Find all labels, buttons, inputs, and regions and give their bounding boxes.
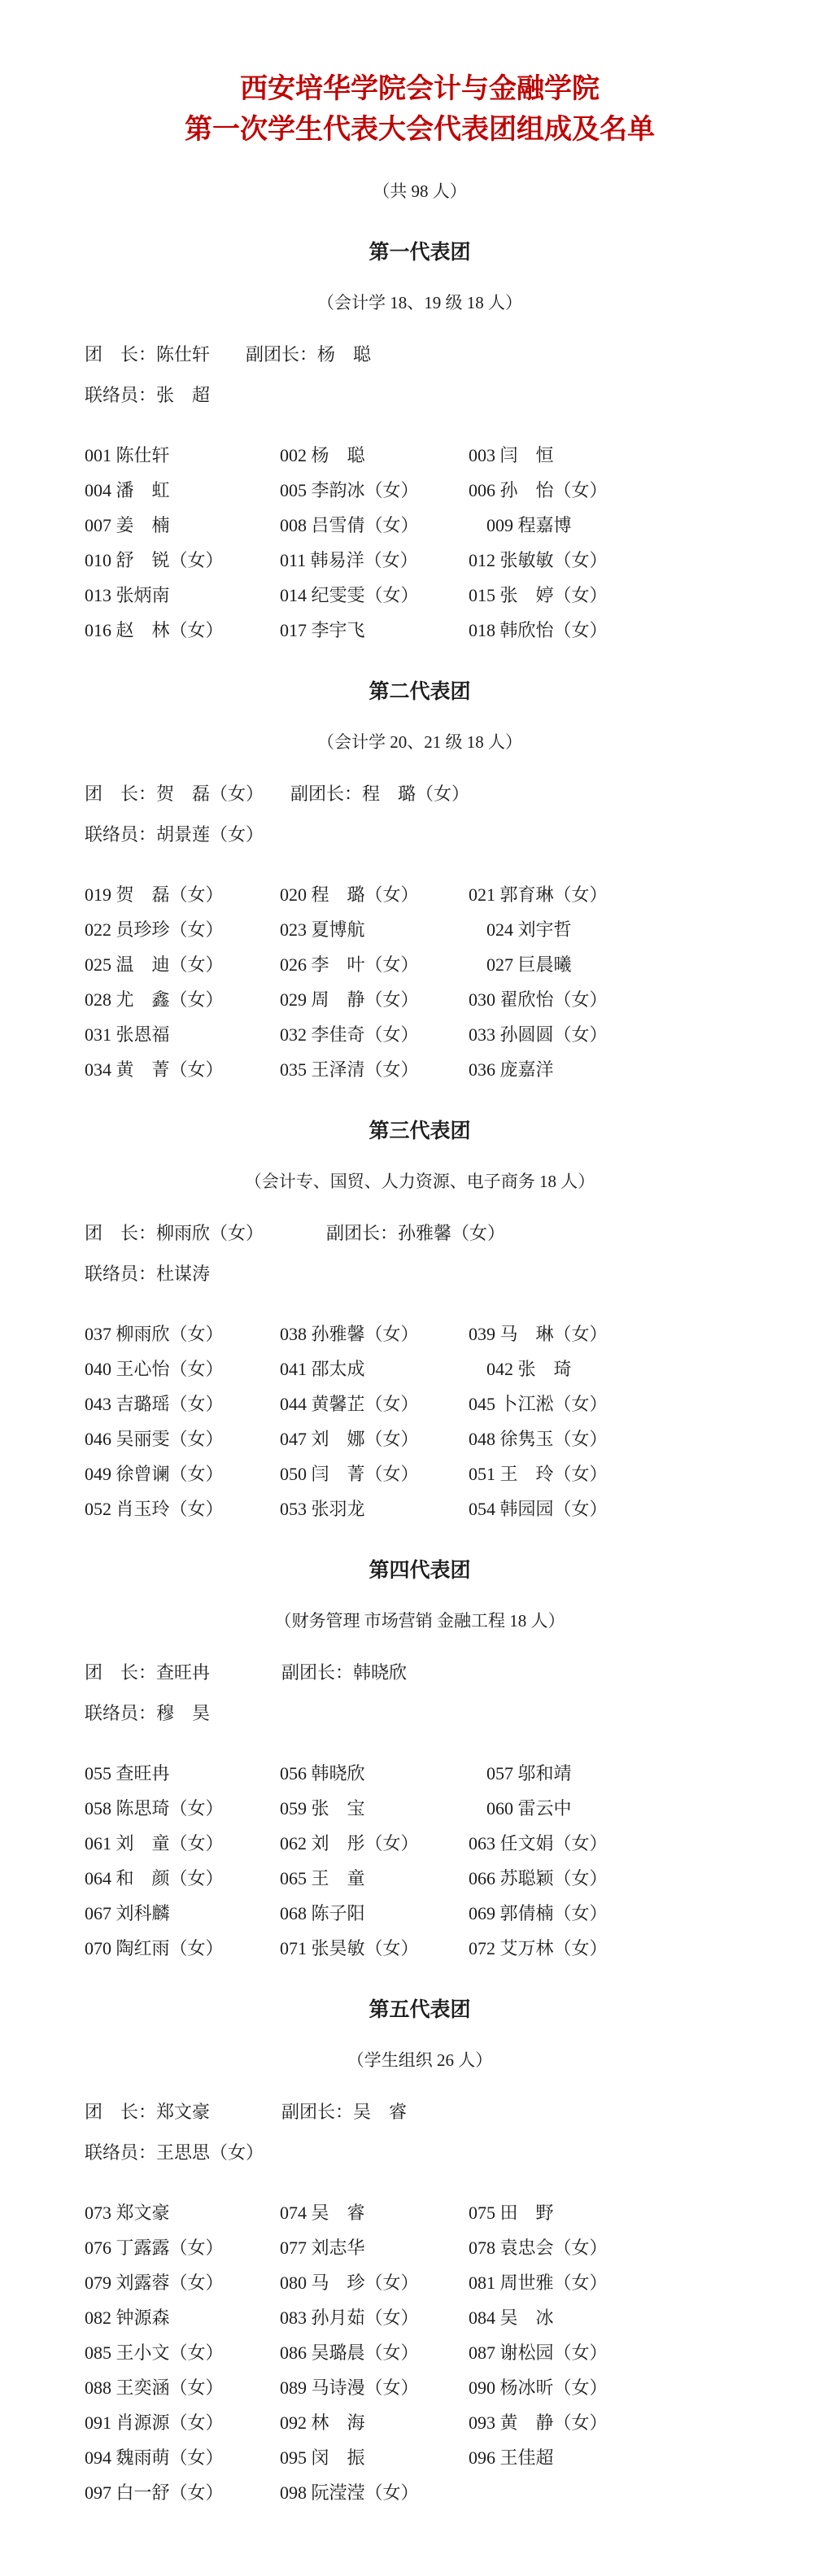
member-entry: 016 赵 林（女）: [85, 618, 280, 643]
document-title-line1: 西安培华学院会计与金融学院: [240, 73, 600, 104]
delegation-composition: （会计学 20、21 级 18 人）: [85, 730, 755, 754]
member-entry: 045 卜江淞（女）: [469, 1392, 755, 1417]
delegation-title: 第二代表团: [85, 679, 755, 705]
member-entry: 030 翟欣怡（女）: [469, 988, 755, 1012]
member-entry: 096 王佳超: [469, 2446, 755, 2470]
delegations: 第一代表团 （会计学 18、19 级 18 人） 团 长：陈仕轩 副团长：杨 聪…: [85, 239, 755, 2505]
member-entry: 095 闵 振: [280, 2446, 469, 2470]
member-grid: 073 郑文豪074 吴 睿075 田 野076 丁露露（女）077 刘志华07…: [85, 2201, 755, 2505]
member-entry: 060 雷云中: [469, 1797, 755, 1821]
delegation-title: 第五代表团: [85, 1997, 755, 2024]
member-entry: 025 温 迪（女）: [85, 953, 280, 977]
member-entry: 055 查旺冉: [85, 1762, 280, 1786]
total-count: （共 98 人）: [85, 179, 755, 203]
member-entry: 002 杨 聪: [280, 443, 469, 468]
member-entry: 037 柳雨欣（女）: [85, 1322, 280, 1347]
document-title: 西安培华学院会计与金融学院第一次学生代表大会代表团组成及名单: [85, 68, 755, 150]
member-entry: 046 吴丽雯（女）: [85, 1427, 280, 1452]
member-entry: 017 李宇飞: [280, 618, 469, 643]
member-entry: 038 孙雅馨（女）: [280, 1322, 469, 1347]
delegation-section: 第二代表团 （会计学 20、21 级 18 人） 团 长：贺 磊（女） 副团长：…: [85, 679, 755, 1082]
member-entry: 098 阮滢滢（女）: [280, 2481, 469, 2505]
delegation-section: 第三代表团 （会计专、国贸、人力资源、电子商务 18 人） 团 长：柳雨欣（女）…: [85, 1118, 755, 1522]
delegation-leader-line: 团 长：陈仕轩 副团长：杨 聪: [85, 343, 755, 367]
member-entry: 019 贺 磊（女）: [85, 883, 280, 907]
member-entry: 077 刘志华: [280, 2236, 469, 2260]
member-entry: 081 周世雅（女）: [469, 2271, 755, 2295]
member-entry: 027 巨晨曦: [469, 953, 755, 977]
member-entry: 068 陈子阳: [280, 1901, 469, 1926]
member-entry: 094 魏雨萌（女）: [85, 2446, 280, 2470]
delegation-title: 第三代表团: [85, 1118, 755, 1145]
member-entry: 089 马诗漫（女）: [280, 2376, 469, 2400]
member-entry: 076 丁露露（女）: [85, 2236, 280, 2260]
member-entry: 005 李韵冰（女）: [280, 478, 469, 503]
delegation-section: 第四代表团 （财务管理 市场营销 金融工程 18 人） 团 长：查旺冉 副团长：…: [85, 1557, 755, 1961]
member-entry: 061 刘 童（女）: [85, 1832, 280, 1856]
member-entry: 058 陈思琦（女）: [85, 1797, 280, 1821]
member-entry: 041 邵太成: [280, 1357, 469, 1382]
delegation-composition: （会计专、国贸、人力资源、电子商务 18 人）: [85, 1169, 755, 1194]
member-entry: 007 姜 楠: [85, 513, 280, 538]
member-entry: 010 舒 锐（女）: [85, 548, 280, 573]
member-entry: 083 孙月茹（女）: [280, 2306, 469, 2330]
member-entry: 059 张 宝: [280, 1797, 469, 1821]
delegation-composition: （财务管理 市场营销 金融工程 18 人）: [85, 1609, 755, 1633]
member-entry: 009 程嘉博: [469, 513, 755, 538]
member-entry: 065 王 童: [280, 1867, 469, 1891]
member-entry: 014 纪雯雯（女）: [280, 583, 469, 608]
member-entry: 093 黄 静（女）: [469, 2411, 755, 2435]
member-entry: 001 陈仕轩: [85, 443, 280, 468]
member-entry: 092 林 海: [280, 2411, 469, 2435]
member-entry: 069 郭倩楠（女）: [469, 1901, 755, 1926]
member-entry: 015 张 婷（女）: [469, 583, 755, 608]
member-entry: 044 黄馨芷（女）: [280, 1392, 469, 1417]
delegation-leader-line: 团 长：郑文豪 副团长：吴 睿: [85, 2100, 755, 2124]
member-entry: 011 韩易洋（女）: [280, 548, 469, 573]
member-entry: 067 刘科麟: [85, 1901, 280, 1926]
delegation-liaison-line: 联络员：张 超: [85, 383, 755, 408]
member-entry: 051 王 玲（女）: [469, 1462, 755, 1487]
member-entry: 043 吉璐瑶（女）: [85, 1392, 280, 1417]
member-entry: 074 吴 睿: [280, 2201, 469, 2225]
member-entry: 023 夏博航: [280, 918, 469, 942]
member-entry: 075 田 野: [469, 2201, 755, 2225]
delegation-composition: （会计学 18、19 级 18 人）: [85, 290, 755, 315]
member-entry: 029 周 静（女）: [280, 988, 469, 1012]
member-entry: 086 吴璐晨（女）: [280, 2341, 469, 2365]
document-page: 西安培华学院会计与金融学院第一次学生代表大会代表团组成及名单 （共 98 人） …: [0, 0, 833, 2505]
member-grid: 037 柳雨欣（女）038 孙雅馨（女）039 马 琳（女）040 王心怡（女）…: [85, 1322, 755, 1522]
delegation-leader-line: 团 长：查旺冉 副团长：韩晓欣: [85, 1661, 755, 1685]
member-entry: 085 王小文（女）: [85, 2341, 280, 2365]
member-entry: 012 张敏敏（女）: [469, 548, 755, 573]
delegation-liaison-line: 联络员：胡景莲（女）: [85, 823, 755, 847]
member-entry: 035 王泽清（女）: [280, 1058, 469, 1082]
member-entry: 036 庞嘉洋: [469, 1058, 755, 1082]
member-entry: 071 张昊敏（女）: [280, 1936, 469, 1961]
member-entry: 040 王心怡（女）: [85, 1357, 280, 1382]
member-entry: 064 和 颜（女）: [85, 1867, 280, 1891]
member-entry: 080 马 珍（女）: [280, 2271, 469, 2295]
member-entry: 091 肖源源（女）: [85, 2411, 280, 2435]
member-entry: 022 员珍珍（女）: [85, 918, 280, 942]
member-entry: 013 张炳南: [85, 583, 280, 608]
member-entry: 003 闫 恒: [469, 443, 755, 468]
delegation-liaison-line: 联络员：王思思（女）: [85, 2141, 755, 2165]
member-grid: 055 查旺冉056 韩晓欣 057 邬和靖058 陈思琦（女）059 张 宝 …: [85, 1762, 755, 1961]
member-entry: 050 闫 菁（女）: [280, 1462, 469, 1487]
member-entry: 004 潘 虹: [85, 478, 280, 503]
document-title-line2: 第一次学生代表大会代表团组成及名单: [185, 114, 655, 145]
member-entry: 052 肖玉玲（女）: [85, 1497, 280, 1522]
member-entry: 066 苏聪颖（女）: [469, 1867, 755, 1891]
member-entry: 028 尤 鑫（女）: [85, 988, 280, 1012]
delegation-liaison-line: 联络员：杜谋涛: [85, 1262, 755, 1286]
delegation-title: 第四代表团: [85, 1557, 755, 1584]
member-entry: 048 徐隽玉（女）: [469, 1427, 755, 1452]
member-entry: 042 张 琦: [469, 1357, 755, 1382]
member-entry: 008 吕雪倩（女）: [280, 513, 469, 538]
member-entry: 054 韩园园（女）: [469, 1497, 755, 1522]
delegation-section: 第一代表团 （会计学 18、19 级 18 人） 团 长：陈仕轩 副团长：杨 聪…: [85, 239, 755, 643]
member-entry: 063 任文娟（女）: [469, 1832, 755, 1856]
member-entry: 090 杨冰昕（女）: [469, 2376, 755, 2400]
member-entry: 072 艾万林（女）: [469, 1936, 755, 1961]
member-entry: 056 韩晓欣: [280, 1762, 469, 1786]
member-entry: 021 郭育琳（女）: [469, 883, 755, 907]
member-entry: 039 马 琳（女）: [469, 1322, 755, 1347]
delegation-composition: （学生组织 26 人）: [85, 2048, 755, 2072]
member-entry: 026 李 叶（女）: [280, 953, 469, 977]
member-entry: 087 谢松园（女）: [469, 2341, 755, 2365]
delegation-leader-line: 团 长：柳雨欣（女） 副团长：孙雅馨（女）: [85, 1221, 755, 1246]
member-entry: 097 白一舒（女）: [85, 2481, 280, 2505]
member-entry: 020 程 璐（女）: [280, 883, 469, 907]
member-entry: 062 刘 彤（女）: [280, 1832, 469, 1856]
member-entry: 018 韩欣怡（女）: [469, 618, 755, 643]
delegation-section: 第五代表团 （学生组织 26 人） 团 长：郑文豪 副团长：吴 睿 联络员：王思…: [85, 1997, 755, 2505]
member-entry: 057 邬和靖: [469, 1762, 755, 1786]
member-grid: 001 陈仕轩002 杨 聪003 闫 恒004 潘 虹005 李韵冰（女）00…: [85, 443, 755, 643]
member-entry: 082 钟源森: [85, 2306, 280, 2330]
member-entry: 034 黄 菁（女）: [85, 1058, 280, 1082]
member-entry: 078 袁忠会（女）: [469, 2236, 755, 2260]
member-entry: 033 孙圆圆（女）: [469, 1023, 755, 1047]
member-entry: 079 刘露蓉（女）: [85, 2271, 280, 2295]
member-entry: 032 李佳奇（女）: [280, 1023, 469, 1047]
member-entry: 047 刘 娜（女）: [280, 1427, 469, 1452]
member-entry: 049 徐曾谰（女）: [85, 1462, 280, 1487]
member-entry: 070 陶红雨（女）: [85, 1936, 280, 1961]
delegation-liaison-line: 联络员：穆 昊: [85, 1701, 755, 1726]
member-entry: 084 吴 冰: [469, 2306, 755, 2330]
member-grid: 019 贺 磊（女）020 程 璐（女）021 郭育琳（女）022 员珍珍（女）…: [85, 883, 755, 1082]
member-entry: 031 张恩福: [85, 1023, 280, 1047]
delegation-leader-line: 团 长：贺 磊（女） 副团长：程 璐（女）: [85, 782, 755, 806]
delegation-title: 第一代表团: [85, 239, 755, 266]
member-entry: 053 张羽龙: [280, 1497, 469, 1522]
member-entry: 024 刘宇哲: [469, 918, 755, 942]
member-entry: 073 郑文豪: [85, 2201, 280, 2225]
member-entry: 088 王奕涵（女）: [85, 2376, 280, 2400]
member-entry: 006 孙 怡（女）: [469, 478, 755, 503]
